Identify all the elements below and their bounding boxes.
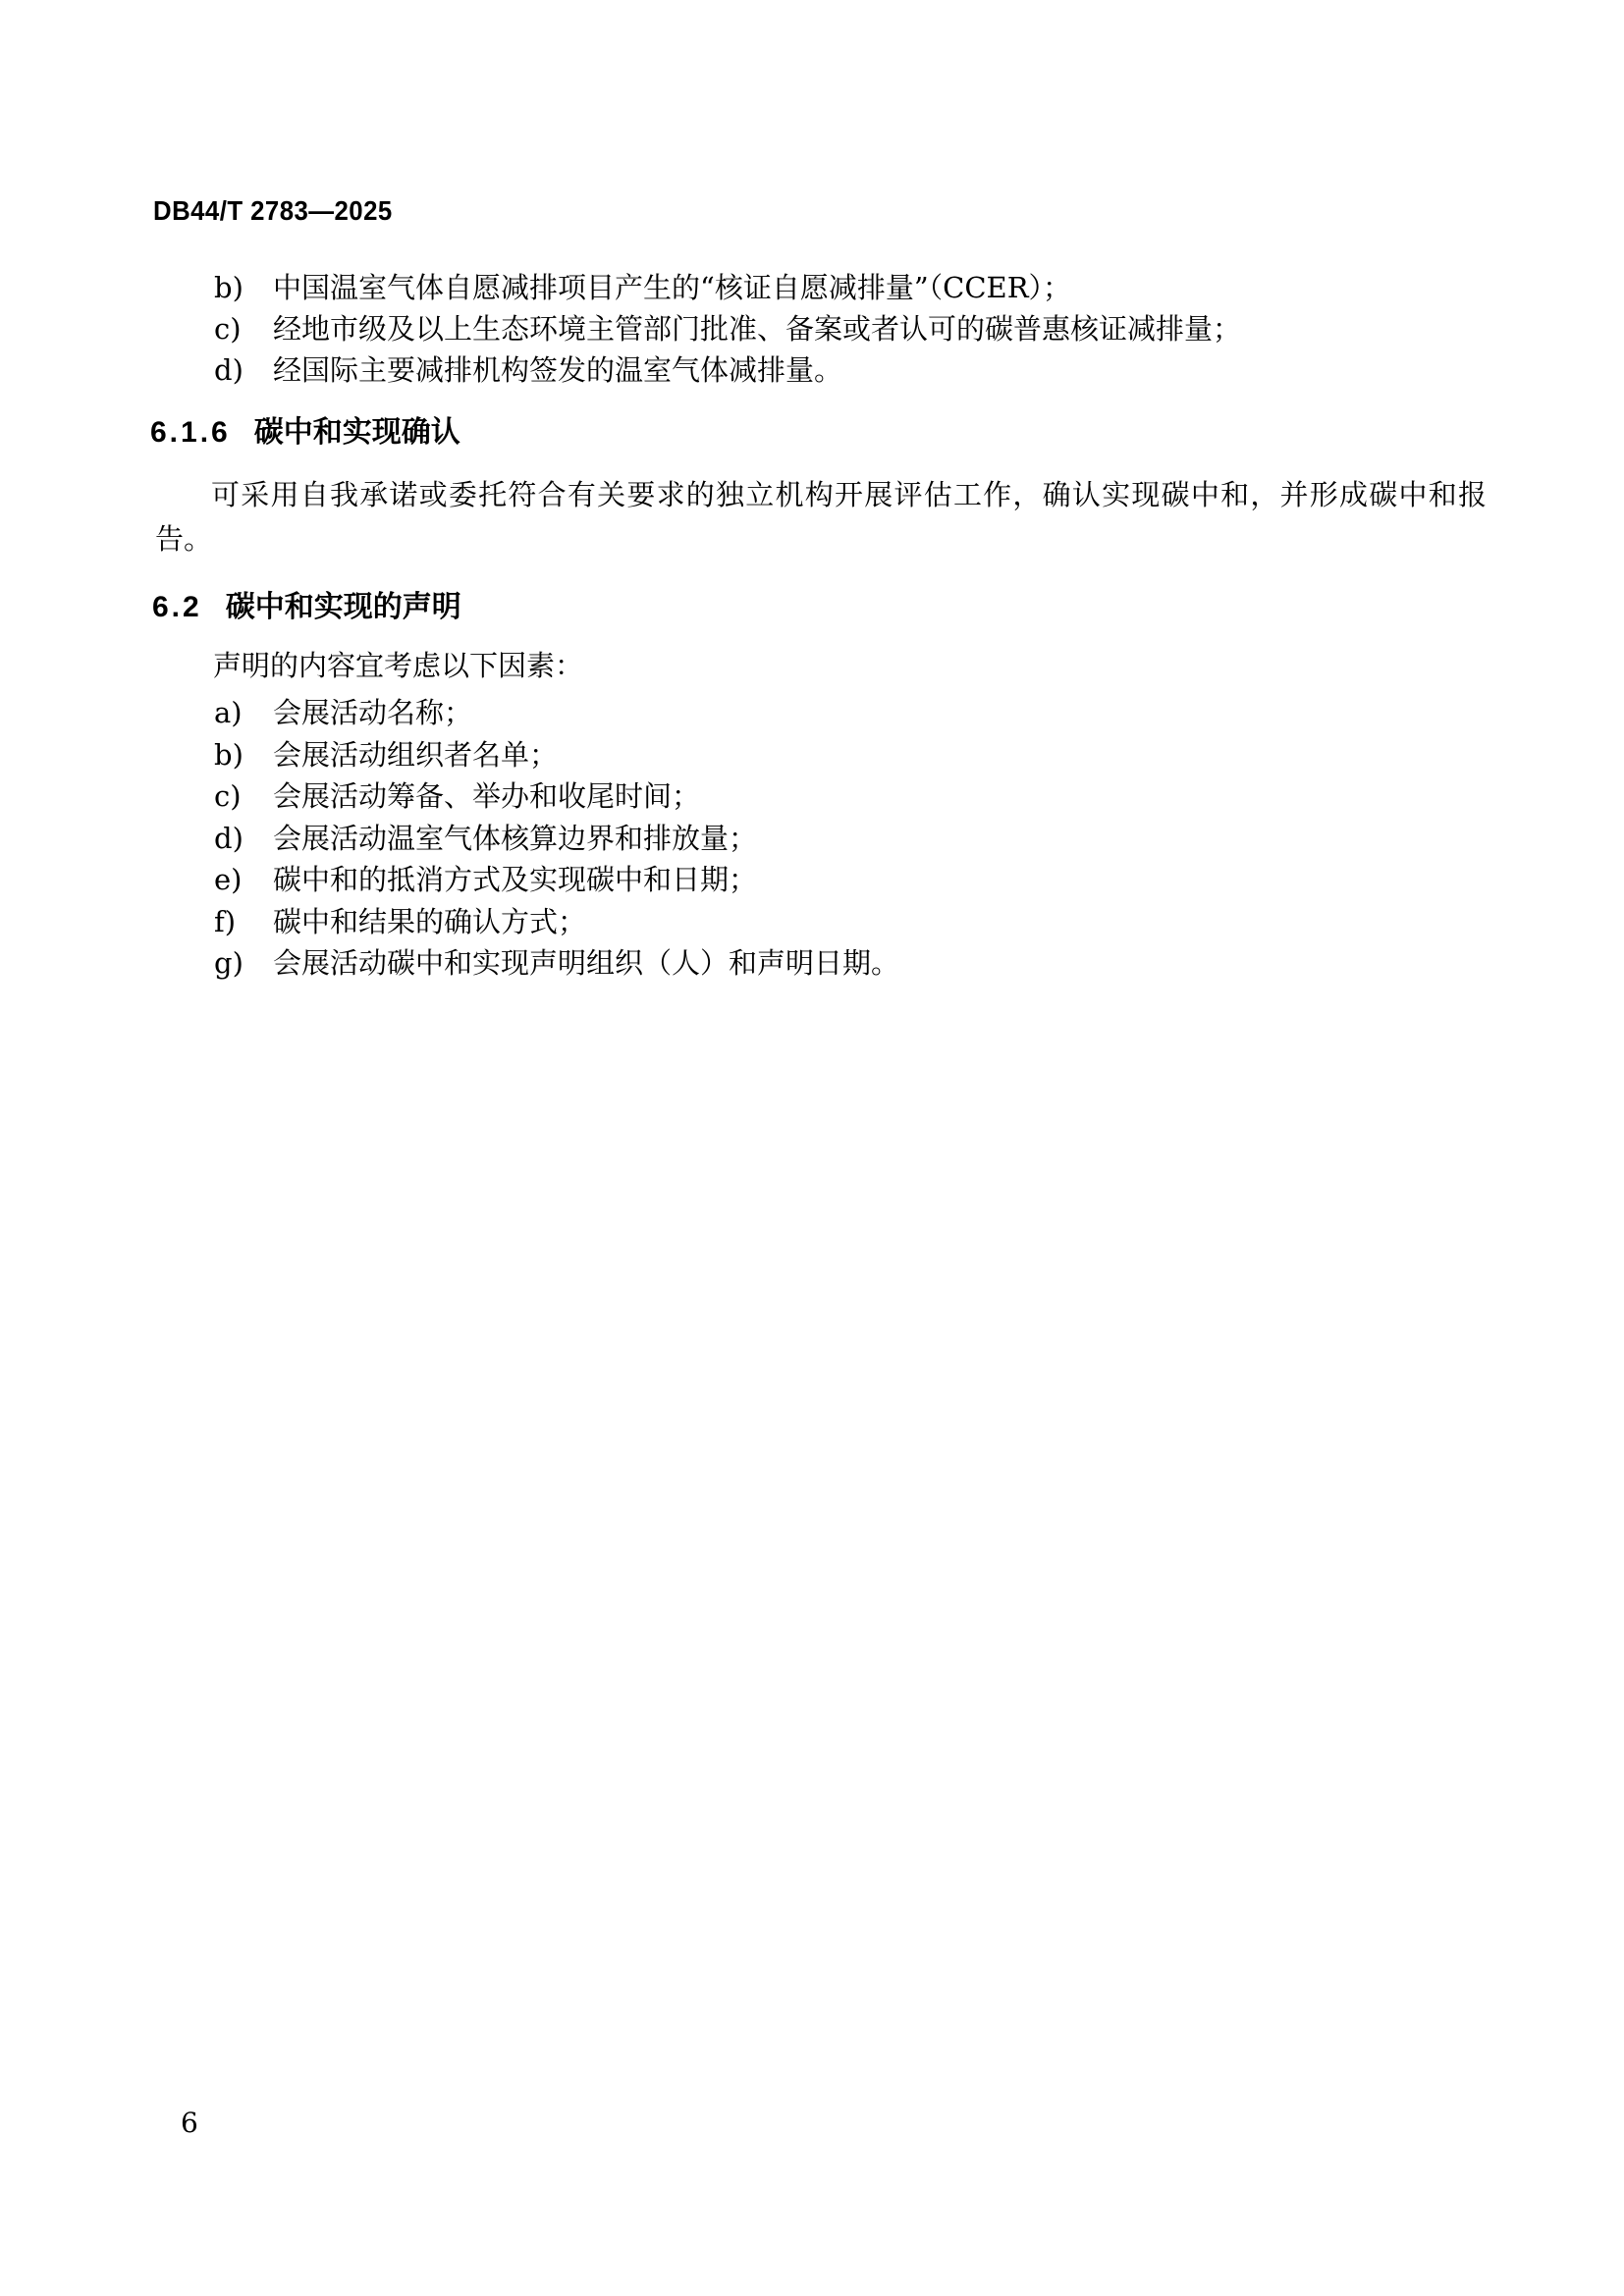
section-number: 6.2 — [152, 591, 202, 623]
section-title: 碳中和实现的声明 — [226, 591, 461, 623]
standard-code-header: DB44/T 2783—2025 — [153, 196, 393, 226]
list-item-marker: b) — [214, 734, 273, 776]
list-item-marker: d) — [214, 349, 273, 391]
list-item-text: 会展活动温室气体核算边界和排放量； — [273, 818, 757, 860]
list-item-marker: b) — [214, 267, 273, 308]
list-item-text: 会展活动筹备、举办和收尾时间； — [273, 775, 700, 818]
section-title: 碳中和实现确认 — [254, 416, 460, 449]
section-heading-6-2: 6.2碳中和实现的声明 — [152, 590, 461, 625]
list-item: d) 经国际主要减排机构签发的温室气体减排量。 — [214, 349, 1241, 391]
section-heading-6-1-6: 6.1.6碳中和实现确认 — [150, 415, 460, 451]
declaration-intro: 声明的内容宜考虑以下因素： — [213, 645, 583, 686]
paragraph-line: 可采用自我承诺或委托符合有关要求的独立机构开展评估工作，确认实现碳中和，并形成碳… — [155, 473, 1487, 517]
list-item-marker: c) — [214, 775, 273, 818]
list-item-marker: d) — [214, 818, 273, 860]
list-item-text: 碳中和结果的确认方式； — [273, 901, 586, 943]
document-page: DB44/T 2783—2025 b) 中国温室气体自愿减排项目产生的“核证自愿… — [0, 0, 1624, 2296]
section-paragraph: 可采用自我承诺或委托符合有关要求的独立机构开展评估工作，确认实现碳中和，并形成碳… — [155, 473, 1487, 561]
list-item-marker: c) — [214, 308, 273, 349]
list-item-text: 会展活动碳中和实现声明组织（人）和声明日期。 — [273, 942, 899, 985]
page-number: 6 — [181, 2109, 198, 2138]
declaration-factors-list: a) 会展活动名称； b) 会展活动组织者名单； c) 会展活动筹备、举办和收尾… — [214, 692, 899, 985]
list-item: b) 会展活动组织者名单； — [214, 734, 899, 776]
list-item-text: 经国际主要减排机构签发的温室气体减排量。 — [273, 349, 842, 391]
section-number: 6.1.6 — [150, 416, 231, 449]
list-item: f) 碳中和结果的确认方式； — [214, 901, 899, 943]
list-item-marker: a) — [214, 692, 273, 734]
list-item-text: 经地市级及以上生态环境主管部门批准、备案或者认可的碳普惠核证减排量； — [273, 308, 1241, 349]
list-item-text: 碳中和的抵消方式及实现碳中和日期； — [273, 859, 757, 901]
list-item: c) 会展活动筹备、举办和收尾时间； — [214, 775, 899, 818]
list-item: a) 会展活动名称； — [214, 692, 899, 734]
list-item: g) 会展活动碳中和实现声明组织（人）和声明日期。 — [214, 942, 899, 985]
list-item-marker: f) — [214, 901, 273, 943]
list-item: b) 中国温室气体自愿减排项目产生的“核证自愿减排量”（CCER）； — [214, 267, 1241, 308]
list-item: d) 会展活动温室气体核算边界和排放量； — [214, 818, 899, 860]
list-item-text: 会展活动组织者名单； — [273, 734, 558, 776]
list-item-marker: e) — [214, 859, 273, 901]
list-item: e) 碳中和的抵消方式及实现碳中和日期； — [214, 859, 899, 901]
list-item-marker: g) — [214, 942, 273, 985]
list-item-text: 会展活动名称； — [273, 692, 472, 734]
list-item: c) 经地市级及以上生态环境主管部门批准、备案或者认可的碳普惠核证减排量； — [214, 308, 1241, 349]
paragraph-line: 告。 — [155, 517, 1487, 561]
offset-credit-list: b) 中国温室气体自愿减排项目产生的“核证自愿减排量”（CCER）； c) 经地… — [214, 267, 1241, 391]
list-item-text: 中国温室气体自愿减排项目产生的“核证自愿减排量”（CCER）； — [273, 267, 1071, 308]
